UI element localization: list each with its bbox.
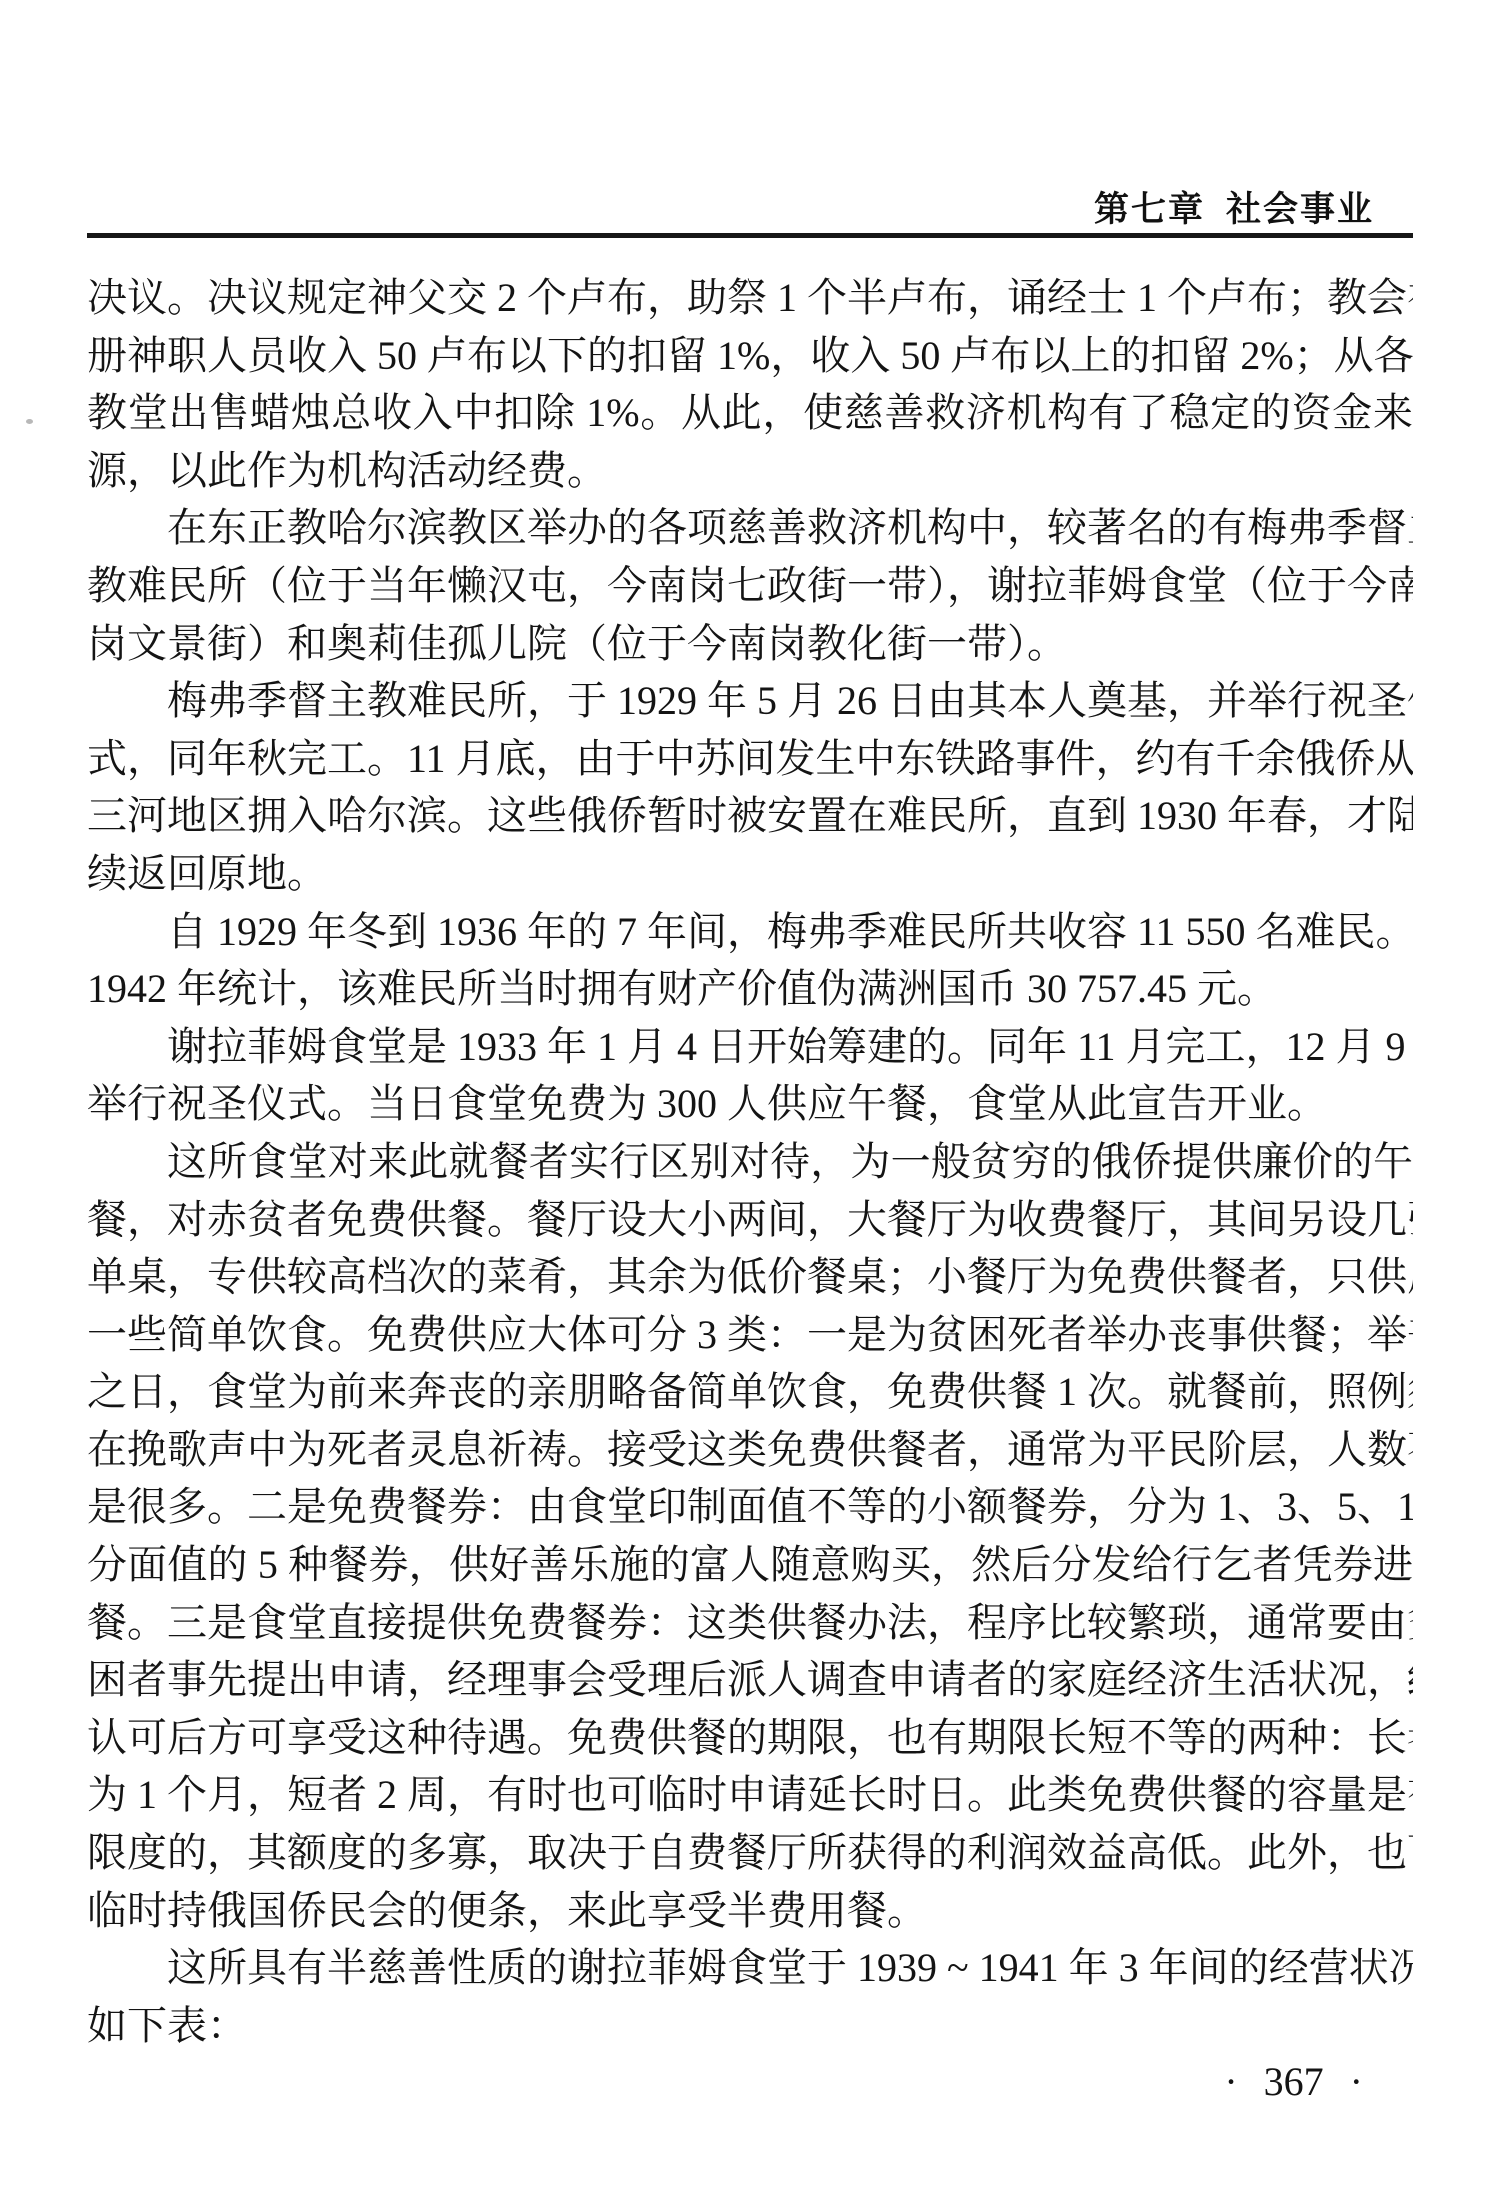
text-line: 自 1929 年冬到 1936 年的 7 年间，梅弗季难民所共收容 11 550… — [87, 903, 1413, 961]
text-line: 续返回原地。 — [87, 845, 1413, 903]
chapter-label: 第七章 — [1094, 190, 1205, 229]
paragraph: 在东正教哈尔滨教区举办的各项慈善救济机构中，较著名的有梅弗季督主教难民所（位于当… — [87, 499, 1413, 672]
chapter-title: 社会事业 — [1226, 190, 1374, 229]
text-line: 梅弗季督主教难民所，于 1929 年 5 月 26 日由其本人奠基，并举行祝圣仪 — [87, 672, 1413, 730]
running-header: 第七章社会事业 — [1094, 182, 1374, 232]
text-line: 教堂出售蜡烛总收入中扣除 1%。从此，使慈善救济机构有了稳定的资金来 — [87, 384, 1413, 442]
text-line: 临时持俄国侨民会的便条，来此享受半费用餐。 — [87, 1882, 1413, 1940]
text-line: 分面值的 5 种餐券，供好善乐施的富人随意购买，然后分发给行乞者凭券进 — [87, 1536, 1413, 1594]
text-line: 单桌，专供较高档次的菜肴，其余为低价餐桌；小餐厅为免费供餐者，只供应 — [87, 1248, 1413, 1306]
paragraph: 这所食堂对来此就餐者实行区别对待，为一般贫穷的俄侨提供廉价的午餐，对赤贫者免费供… — [87, 1133, 1413, 1939]
paragraph: 谢拉菲姆食堂是 1933 年 1 月 4 日开始筹建的。同年 11 月完工，12… — [87, 1018, 1413, 1133]
header-rule — [87, 233, 1413, 238]
paragraph: 这所具有半慈善性质的谢拉菲姆食堂于 1939 ~ 1941 年 3 年间的经营状… — [87, 1939, 1413, 2054]
text-line: 在东正教哈尔滨教区举办的各项慈善救济机构中，较著名的有梅弗季督主 — [87, 499, 1413, 557]
text-line: 这所食堂对来此就餐者实行区别对待，为一般贫穷的俄侨提供廉价的午 — [87, 1133, 1413, 1191]
text-block: 决议。决议规定神父交 2 个卢布，助祭 1 个半卢布，诵经士 1 个卢布；教会在… — [87, 269, 1413, 2054]
text-line: 这所具有半慈善性质的谢拉菲姆食堂于 1939 ~ 1941 年 3 年间的经营状… — [87, 1939, 1413, 1997]
text-line: 三河地区拥入哈尔滨。这些俄侨暂时被安置在难民所，直到 1930 年春，才陆 — [87, 787, 1413, 845]
paragraph: 梅弗季督主教难民所，于 1929 年 5 月 26 日由其本人奠基，并举行祝圣仪… — [87, 672, 1413, 902]
paragraph: 决议。决议规定神父交 2 个卢布，助祭 1 个半卢布，诵经士 1 个卢布；教会在… — [87, 269, 1413, 499]
text-line: 教难民所（位于当年懒汉屯，今南岗七政街一带），谢拉菲姆食堂（位于今南 — [87, 557, 1413, 615]
text-line: 是很多。二是免费餐券：由食堂印制面值不等的小额餐券，分为 1、3、5、10 — [87, 1478, 1413, 1536]
text-line: 式，同年秋完工。11 月底，由于中苏间发生中东铁路事件，约有千余俄侨从 — [87, 730, 1413, 788]
text-line: 一些简单饮食。免费供应大体可分 3 类：一是为贫困死者举办丧事供餐；举丧 — [87, 1306, 1413, 1364]
text-line: 限度的，其额度的多寡，取决于自费餐厅所获得的利润效益高低。此外，也可 — [87, 1824, 1413, 1882]
paragraph: 自 1929 年冬到 1936 年的 7 年间，梅弗季难民所共收容 11 550… — [87, 903, 1413, 1018]
text-line: 困者事先提出申请，经理事会受理后派人调查申请者的家庭经济生活状况，经 — [87, 1651, 1413, 1709]
text-line: 决议。决议规定神父交 2 个卢布，助祭 1 个半卢布，诵经士 1 个卢布；教会在 — [87, 269, 1413, 327]
text-line: 谢拉菲姆食堂是 1933 年 1 月 4 日开始筹建的。同年 11 月完工，12… — [87, 1018, 1413, 1076]
document-page: 第七章社会事业 决议。决议规定神父交 2 个卢布，助祭 1 个半卢布，诵经士 1… — [0, 0, 1500, 2195]
text-line: 如下表： — [87, 1997, 1413, 2055]
text-line: 在挽歌声中为死者灵息祈祷。接受这类免费供餐者，通常为平民阶层，人数不 — [87, 1421, 1413, 1479]
page-number: · 367 · — [1224, 2058, 1363, 2105]
text-line: 1942 年统计，该难民所当时拥有财产价值伪满洲国币 30 757.45 元。 — [87, 960, 1413, 1018]
text-line: 认可后方可享受这种待遇。免费供餐的期限，也有期限长短不等的两种：长者 — [87, 1709, 1413, 1767]
text-line: 册神职人员收入 50 卢布以下的扣留 1%，收入 50 卢布以上的扣留 2%；从… — [87, 327, 1413, 385]
text-line: 餐，对赤贫者免费供餐。餐厅设大小两间，大餐厅为收费餐厅，其间另设几张 — [87, 1191, 1413, 1249]
text-line: 为 1 个月，短者 2 周，有时也可临时申请延长时日。此类免费供餐的容量是有 — [87, 1766, 1413, 1824]
text-line: 举行祝圣仪式。当日食堂免费为 300 人供应午餐，食堂从此宣告开业。 — [87, 1075, 1413, 1133]
text-line: 岗文景街）和奥莉佳孤儿院（位于今南岗教化街一带）。 — [87, 615, 1413, 673]
scan-speck-artifact — [26, 419, 33, 424]
text-line: 之日，食堂为前来奔丧的亲朋略备简单饮食，免费供餐 1 次。就餐前，照例须 — [87, 1363, 1413, 1421]
text-line: 餐。三是食堂直接提供免费餐券：这类供餐办法，程序比较繁琐，通常要由贫 — [87, 1594, 1413, 1652]
text-line: 源，以此作为机构活动经费。 — [87, 442, 1413, 500]
